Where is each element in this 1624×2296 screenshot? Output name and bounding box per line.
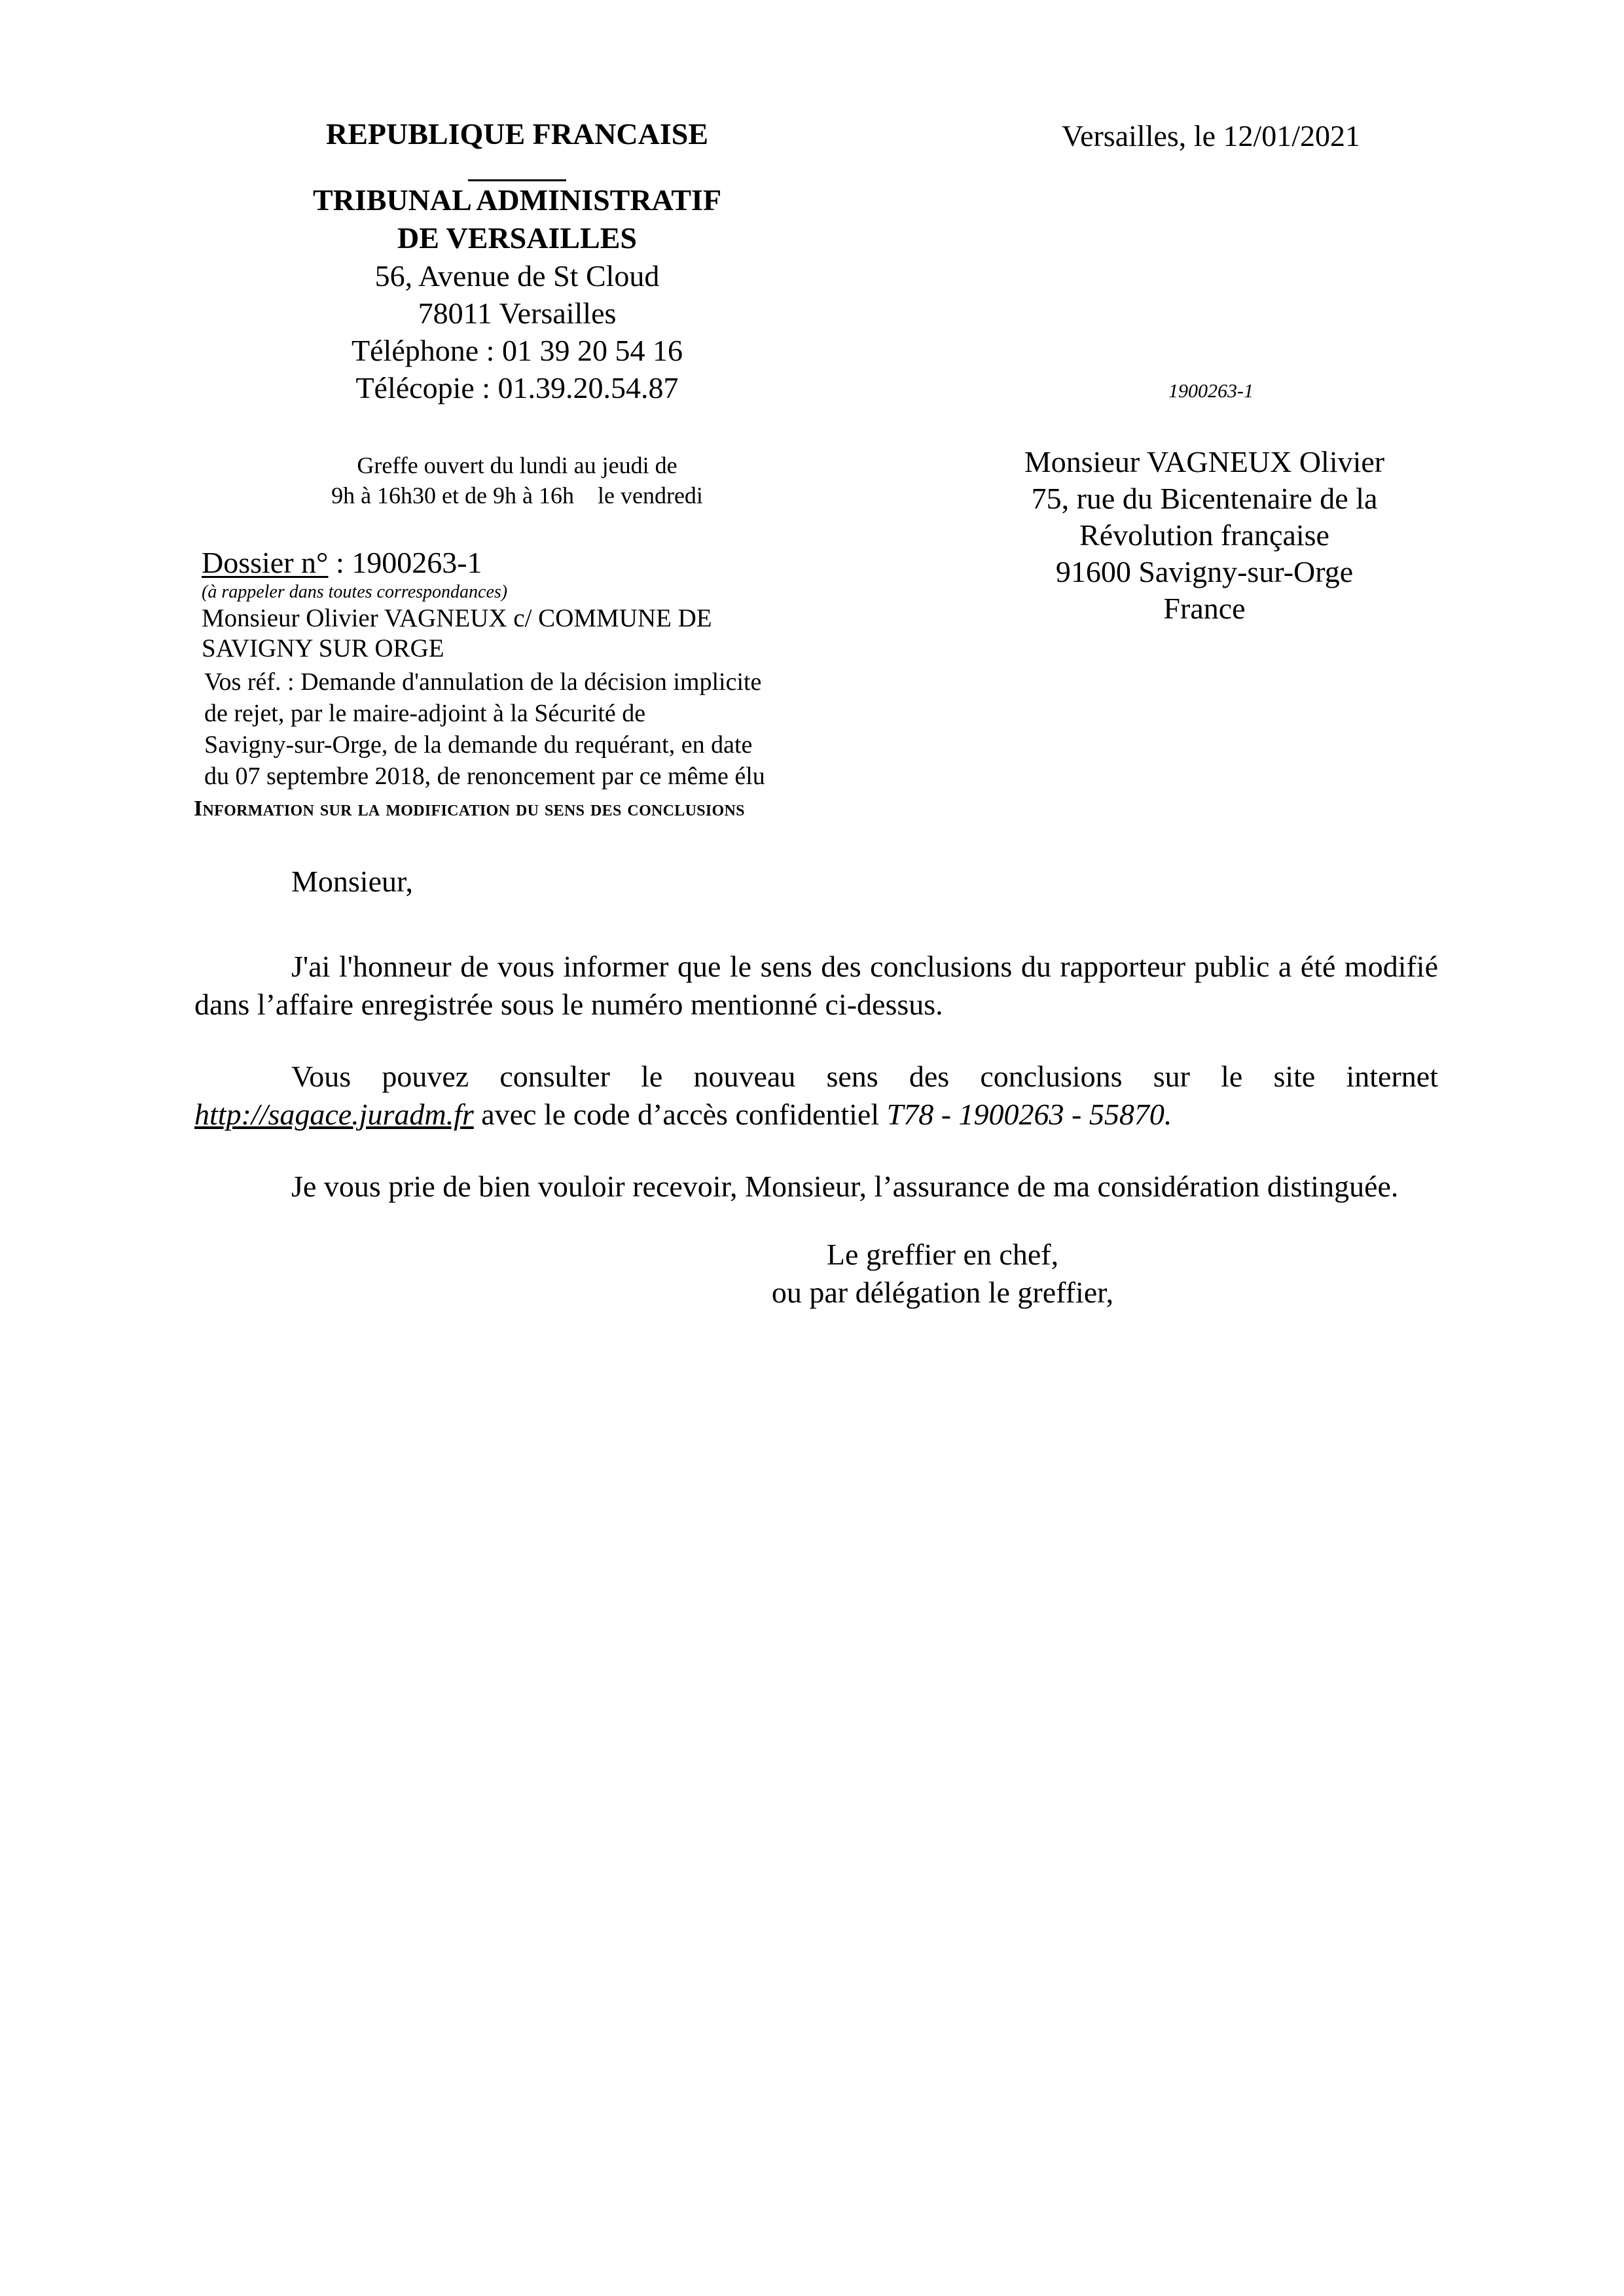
dossier-reference-line: du 07 septembre 2018, de renoncement par… — [204, 761, 954, 792]
paragraph-consultation-text: avec le code d’accès confidentiel — [474, 1098, 887, 1131]
dossier-label: Dossier n° — [202, 546, 328, 579]
paragraph-closing: Je vous prie de bien vouloir recevoir, M… — [194, 1168, 1438, 1206]
recipient-country: France — [982, 590, 1427, 627]
court-address-city: 78011 Versailles — [196, 295, 838, 332]
letter-subject: Information sur la modification du sens … — [194, 795, 954, 823]
signature-block: Le greffier en chef, ou par délégation l… — [694, 1236, 1191, 1312]
dossier-separator: : — [328, 546, 352, 579]
access-code: T78 - 1900263 - 55870. — [887, 1098, 1172, 1131]
country-title: REPUBLIQUE FRANCAISE — [196, 115, 838, 153]
signature-line1: Le greffier en chef, — [694, 1236, 1191, 1274]
office-hours-line2: 9h à 16h30 et de 9h à 16h le vendredi — [196, 480, 838, 511]
salutation: Monsieur, — [194, 863, 1438, 901]
dossier-reference: Vos réf. : Demande d'annulation de la dé… — [202, 666, 954, 792]
paragraph-consultation-text: Vous pouvez consulter le nouveau sens de… — [291, 1060, 1438, 1093]
court-phone: Téléphone : 01 39 20 54 16 — [196, 332, 838, 369]
reference-number: 1900263-1 — [1001, 378, 1420, 404]
court-address-street: 56, Avenue de St Cloud — [196, 257, 838, 295]
dossier-note: (à rappeler dans toutes correspondances) — [202, 581, 954, 603]
sagace-link[interactable]: http://sagace.juradm.fr — [194, 1098, 474, 1131]
recipient-name: Monsieur VAGNEUX Olivier — [982, 444, 1427, 480]
recipient-street-line1: 75, rue du Bicentenaire de la — [982, 480, 1427, 517]
dossier-reference-line: de rejet, par le maire-adjoint à la Sécu… — [204, 698, 954, 729]
recipient-street-line2: Révolution française — [982, 517, 1427, 554]
letter-date: Versailles, le 12/01/2021 — [1001, 118, 1420, 154]
court-header: REPUBLIQUE FRANCAISE TRIBUNAL ADMINISTRA… — [196, 115, 838, 406]
dossier-reference-line: Savigny-sur-Orge, de la demande du requé… — [204, 729, 954, 761]
office-hours: Greffe ouvert du lundi au jeudi de 9h à … — [196, 450, 838, 511]
dossier-parties-line1: Monsieur Olivier VAGNEUX c/ COMMUNE DE — [202, 603, 954, 634]
dossier-block: Dossier n° : 1900263-1 (à rappeler dans … — [202, 545, 954, 823]
dossier-number: 1900263-1 — [352, 546, 482, 579]
recipient-address: Monsieur VAGNEUX Olivier 75, rue du Bice… — [982, 444, 1427, 627]
court-name-line2: DE VERSAILLES — [196, 219, 838, 257]
signature-line2: ou par délégation le greffier, — [694, 1274, 1191, 1312]
letter-body: Monsieur, J'ai l'honneur de vous informe… — [194, 863, 1438, 1206]
dossier-reference-line: Vos réf. : Demande d'annulation de la dé… — [204, 666, 954, 698]
court-name-line1: TRIBUNAL ADMINISTRATIF — [196, 181, 838, 219]
office-hours-line1: Greffe ouvert du lundi au jeudi de — [196, 450, 838, 480]
dossier-number-line: Dossier n° : 1900263-1 — [202, 545, 954, 581]
recipient-city: 91600 Savigny-sur-Orge — [982, 554, 1427, 590]
dossier-parties-line2: SAVIGNY SUR ORGE — [202, 634, 954, 664]
paragraph-consultation: Vous pouvez consulter le nouveau sens de… — [194, 1058, 1438, 1134]
paragraph-notification: J'ai l'honneur de vous informer que le s… — [194, 948, 1438, 1024]
court-fax: Télécopie : 01.39.20.54.87 — [196, 369, 838, 406]
